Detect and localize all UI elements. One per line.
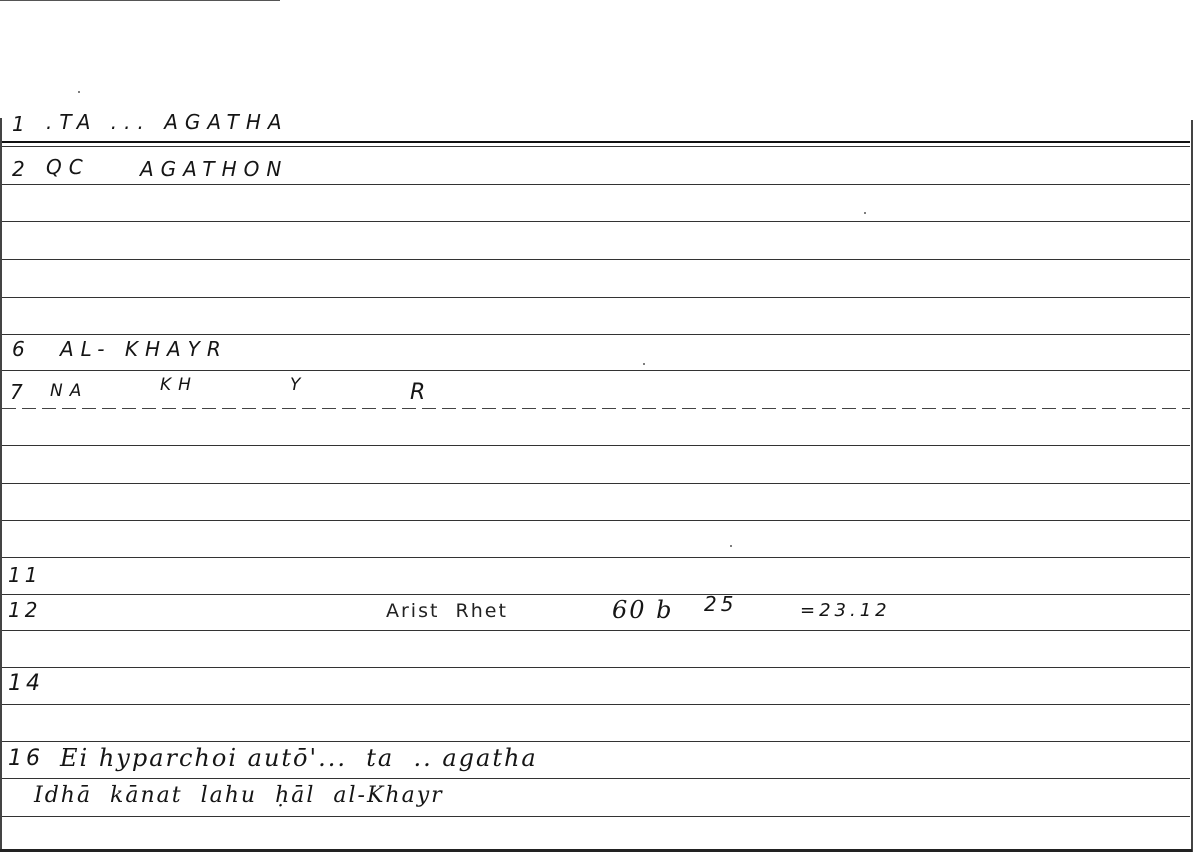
rule (2, 520, 1190, 521)
index-card: 1 .TA ... AGATHA 2 QC AGATHON 6 AL- KHAY… (0, 0, 1200, 854)
entry-text: AL- KHAYR (60, 337, 228, 361)
row-number: 16 (8, 746, 44, 771)
greek-transliteration: Ei hyparchoi autō'... ta .. agatha (60, 744, 538, 772)
bottom-rule (0, 849, 1192, 852)
entry-text: KH (160, 375, 198, 395)
entry-text: AGATHON (140, 157, 288, 181)
typed-source: Arist Rhet (386, 600, 508, 622)
entry-text: QC (46, 155, 90, 179)
row-number: 2 (12, 157, 32, 181)
entry-text: Y (290, 375, 307, 395)
header-rule (2, 141, 1190, 143)
row-number: 14 (8, 671, 44, 696)
rule (2, 297, 1190, 298)
rule (2, 594, 1190, 595)
ink-speck (730, 545, 732, 547)
rule (2, 221, 1190, 222)
rule (2, 704, 1190, 705)
ink-speck (643, 363, 645, 365)
ink-speck (78, 91, 80, 93)
entry-text: NA (50, 381, 88, 401)
rule (2, 445, 1190, 446)
top-edge-line (0, 0, 280, 1)
ink-speck (864, 212, 866, 214)
arabic-transliteration: Idhā kānat lahu ḥāl al-Khayr (34, 783, 444, 808)
rule (2, 741, 1190, 742)
rule (2, 667, 1190, 668)
rule (2, 370, 1190, 371)
rule (2, 557, 1190, 558)
reference-line: 25 (704, 592, 737, 616)
rule (2, 816, 1190, 817)
row-number: 12 (8, 598, 41, 622)
entry-text: R (410, 380, 432, 405)
reference-alt: =23.12 (800, 600, 891, 621)
rule (2, 184, 1190, 185)
row-number: 6 (12, 337, 32, 361)
right-border (1191, 120, 1193, 852)
reference: 60 b (612, 596, 674, 624)
rule (2, 778, 1190, 779)
rule (2, 334, 1190, 335)
rule (2, 259, 1190, 260)
rule (2, 483, 1190, 484)
row-number: 1 (12, 112, 32, 136)
row-number: 11 (8, 563, 41, 587)
header-rule-inner (2, 146, 1190, 147)
row-number: 7 (10, 380, 30, 404)
entry-text: .TA ... AGATHA (46, 110, 289, 134)
rule (2, 408, 1190, 409)
rule (2, 630, 1190, 631)
